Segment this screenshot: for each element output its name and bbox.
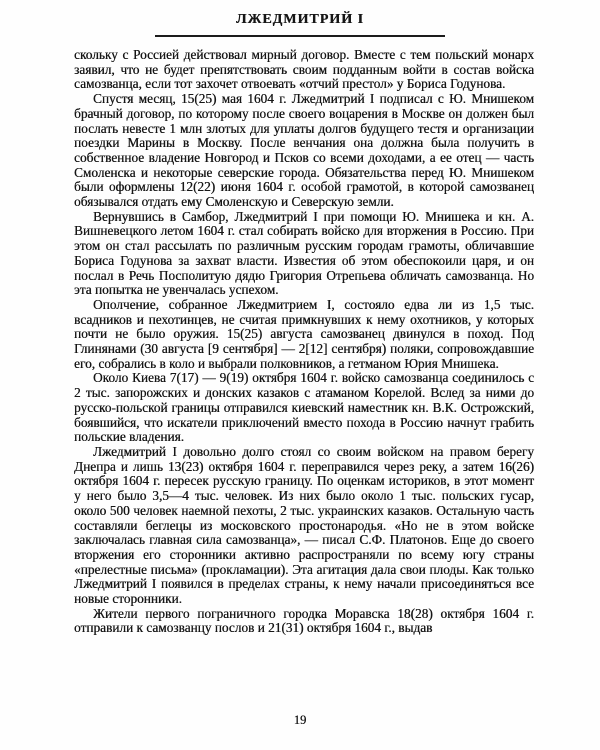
paragraph: Жители первого пограничного городка Мора…	[74, 607, 534, 636]
paragraph: Ополчение, собранное Лжедмитрием I, сост…	[74, 298, 534, 372]
paragraph: Спустя месяц, 15(25) мая 1604 г. Лжедмит…	[74, 92, 534, 210]
header-rule	[155, 35, 445, 37]
page-number: 19	[0, 713, 600, 728]
paragraph: Лжедмитрий I довольно долго стоял со сво…	[74, 445, 534, 607]
book-page: ЛЖЕДМИТРИЙ I скольку с Россией действова…	[0, 0, 600, 750]
running-head-title: ЛЖЕДМИТРИЙ I	[0, 0, 600, 28]
paragraph: Вернувшись в Самбор, Лжедмитрий I при по…	[74, 210, 534, 298]
paragraph-continuation: скольку с Россией действовал мирный дого…	[74, 48, 534, 92]
body-text: скольку с Россией действовал мирный дого…	[74, 48, 534, 636]
paragraph: Около Киева 7(17) — 9(19) октября 1604 г…	[74, 371, 534, 445]
